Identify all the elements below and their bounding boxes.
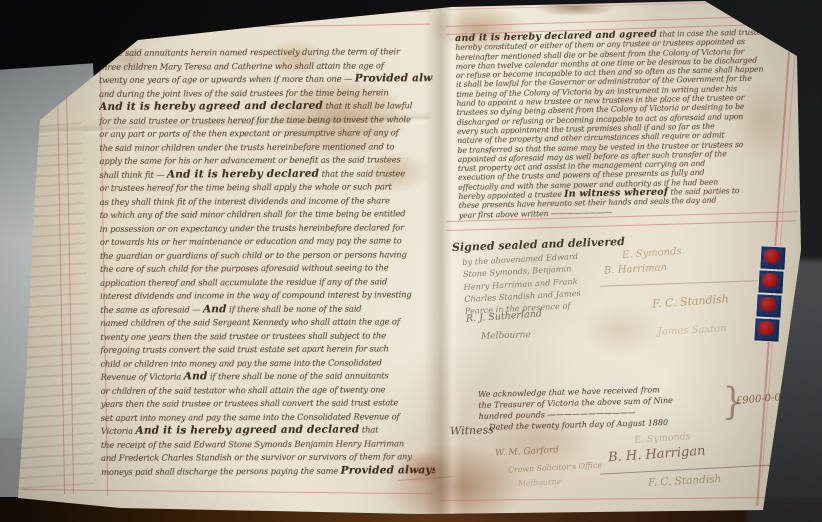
deed-document: of the said annuitants herein named resp… xyxy=(0,0,822,522)
wax-seal xyxy=(760,246,785,269)
handwritten-line: set apart into money and pay the same in… xyxy=(101,410,435,425)
witness-label: Witness xyxy=(450,423,494,438)
handwritten-line: moneys paid shall discharge the persons … xyxy=(101,464,435,479)
handwritten-line: or trustees hereof for the time being sh… xyxy=(100,180,434,195)
right-page-text: and it is hereby declared and agreed tha… xyxy=(455,27,799,222)
attestation-text: by the abovenamed EdwardStone Symonds, B… xyxy=(462,247,640,318)
handwritten-line: Revenue of Victoria And if there shall b… xyxy=(101,369,435,384)
handwritten-line: foregoing trusts convert the said trust … xyxy=(100,342,434,357)
handwritten-line: or any part or parts of the then expecta… xyxy=(99,126,433,141)
wax-seal xyxy=(754,318,779,341)
left-page-text: of the said annuitants herein named resp… xyxy=(99,45,435,495)
photograph: of the said annuitants herein named resp… xyxy=(0,0,822,522)
attestation-witness-place: Melbourne xyxy=(481,330,531,342)
handwritten-line: interest dividends and income in the way… xyxy=(100,288,434,303)
wax-seal xyxy=(756,294,781,317)
handwritten-line: years then the said trustee or trustees … xyxy=(101,396,435,411)
handwritten-line: named children of the said Sergeant Kenn… xyxy=(100,315,434,330)
handwritten-line: of the said annuitants herein named resp… xyxy=(99,45,433,60)
handwritten-line: or towards his or her maintenance or edu… xyxy=(100,234,434,249)
handwritten-line: twenty one years of age or upwards when … xyxy=(99,72,433,87)
handwritten-line: the care of such child for the purposes … xyxy=(100,261,434,276)
handwritten-line: apply the same for his or her advancemen… xyxy=(99,153,433,168)
wax-seal xyxy=(758,270,783,293)
handwritten-line: to which any of the said minor children … xyxy=(100,207,434,222)
receipt-text: We acknowledge that we have received fro… xyxy=(478,383,751,434)
handwritten-line: And it is hereby agreed and declared tha… xyxy=(99,99,433,114)
